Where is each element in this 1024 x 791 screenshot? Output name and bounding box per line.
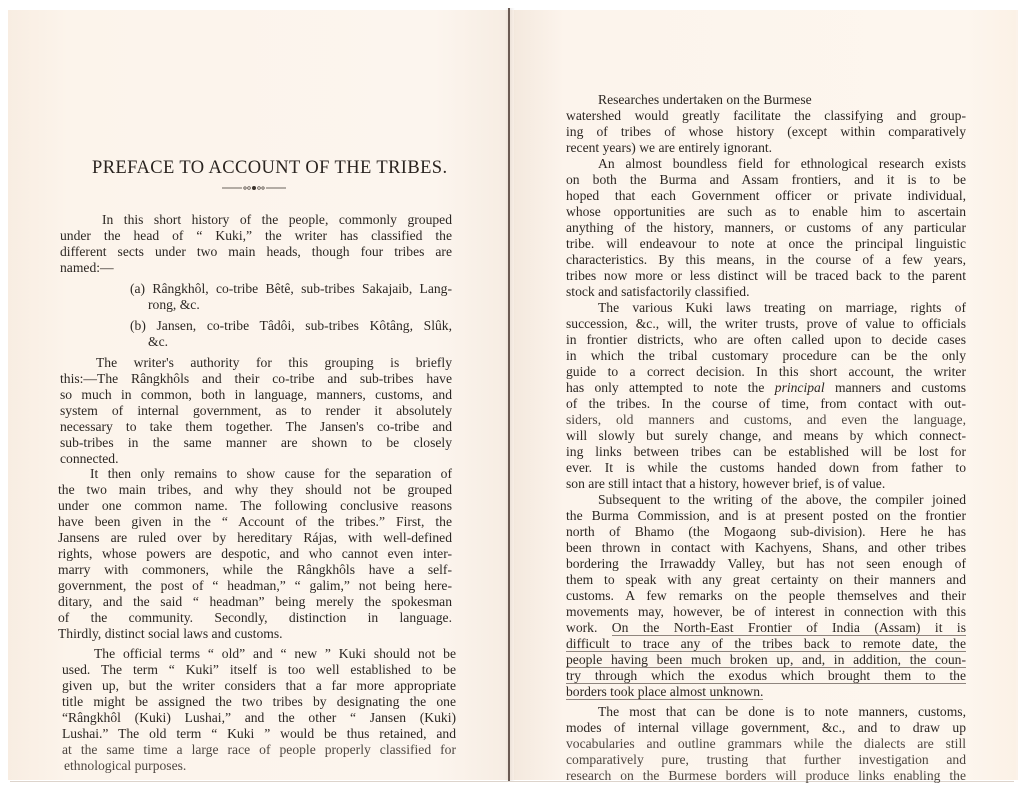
text: (a) Rângkhôl, co-tribe Bêtê, sub-tribes …	[130, 281, 452, 296]
paragraph-line: tribes now more or less distinct will be…	[566, 268, 966, 284]
paragraph-line: the Burma Commission, and is at present …	[566, 508, 966, 524]
paragraph-line: It then only remains to show cause for t…	[90, 466, 452, 482]
paragraph-line: anything of the history, manners, or cus…	[566, 220, 966, 236]
text: named:—	[60, 260, 114, 275]
paragraph-line: different sects under two main heads, th…	[60, 244, 452, 260]
text: difficult to trace any of the tribes bac…	[566, 636, 966, 652]
text: son are still intact that a history, how…	[566, 476, 885, 491]
underlined-line: people having been much broken up, and, …	[566, 652, 966, 668]
paragraph-line: In this short history of the people, com…	[102, 212, 452, 228]
text: &c.	[148, 334, 168, 349]
text: The most that can be done is to note man…	[598, 704, 966, 719]
paragraph-line: in which the tribal customary procedure …	[566, 348, 966, 364]
text: necessary to take them together. The Jan…	[60, 419, 452, 434]
text: rights, whose powers are despotic, and w…	[58, 546, 452, 561]
paragraph-line: Researches undertaken on the Burmese	[598, 92, 978, 108]
paragraph-line: stock and satisfactorily classified.	[566, 284, 966, 300]
text: comparatively pure, trusting that furthe…	[566, 752, 966, 767]
text: ditary, and the said “ headman” being me…	[58, 594, 452, 609]
text: Jansens are ruled over by hereditary Ráj…	[58, 530, 452, 545]
ornament-rule-icon	[222, 185, 286, 191]
paragraph-line: government, the post of “ headman,” “ ga…	[58, 578, 452, 594]
paragraph-line: Subsequent to the writing of the above, …	[598, 492, 966, 508]
paragraph-line: Thirdly, distinct social laws and custom…	[58, 626, 452, 642]
text: Subsequent to the writing of the above, …	[598, 492, 966, 507]
text: the two main tribes, and why they should…	[58, 482, 452, 497]
list-item-b: (b) Jansen, co-tribe Tâdôi, sub-tribes K…	[130, 318, 452, 334]
text: The various Kuki laws treating on marria…	[598, 300, 966, 315]
text: been thrown in contact with Kachyens, Sh…	[566, 540, 966, 555]
text: the Burma Commission, and is at present …	[566, 508, 966, 523]
paragraph-line: under the head of “ Kuki,” the writer ha…	[60, 228, 452, 244]
paragraph-line: of the community. Secondly, distinction …	[58, 610, 452, 626]
paragraph-line: siders, old manners and customs, and eve…	[566, 412, 966, 428]
paragraph-line: The writer's authority for this grouping…	[96, 355, 452, 371]
text: government, the post of “ headman,” “ ga…	[58, 578, 452, 593]
paragraph-line: comparatively pure, trusting that furthe…	[566, 752, 966, 768]
text: ever. It is while the customs handed dow…	[566, 460, 966, 475]
paragraph-line: The most that can be done is to note man…	[598, 704, 966, 720]
text: at the same time a large race of people …	[62, 742, 456, 757]
paragraph-line: been thrown in contact with Kachyens, Sh…	[566, 540, 966, 556]
text: customs. A few remarks on the people the…	[566, 588, 966, 603]
paragraph-line: rights, whose powers are despotic, and w…	[58, 546, 452, 562]
text: “Rângkhôl (Kuki) Lushai,” and the other …	[62, 710, 456, 725]
text: stock and satisfactorily classified.	[566, 284, 749, 299]
emphasis-principal: principal	[775, 380, 825, 395]
text: tribes now more or less distinct will be…	[566, 268, 966, 283]
text: people having been much broken up, and, …	[566, 652, 966, 668]
paragraph-line: work. On the North-East Frontier of Indi…	[566, 620, 966, 636]
underlined-line: try through which the exodus which broug…	[566, 668, 966, 684]
text: vocabularies and outline grammars while …	[566, 736, 966, 751]
paragraph-line: system of internal government, as to ren…	[60, 403, 452, 419]
paragraph-line: An almost boundless field for ethnologic…	[598, 156, 966, 172]
underlined-line: borders took place almost unknown.	[566, 684, 966, 700]
text: The official terms “ old” and “ new ” Ku…	[94, 646, 456, 661]
paragraph-line: north of Bhamo (the Mogaong sub-division…	[566, 524, 966, 540]
text: has only attempted to note the	[566, 380, 775, 395]
text: anything of the history, manners, or cus…	[566, 220, 966, 235]
text: recent years) we are entirely ignorant.	[566, 140, 772, 155]
text: try through which the exodus which broug…	[566, 668, 966, 684]
text: In this short history of the people, com…	[102, 212, 452, 227]
paragraph-line: necessary to take them together. The Jan…	[60, 419, 452, 435]
paragraph-line: ditary, and the said “ headman” being me…	[58, 594, 452, 610]
text: of the community. Secondly, distinction …	[58, 610, 452, 625]
text: (b) Jansen, co-tribe Tâdôi, sub-tribes K…	[130, 318, 452, 333]
text: succession, &c., will, the writer trusts…	[566, 316, 966, 331]
text: used. The term “ Kuki” itself is too wel…	[62, 662, 456, 677]
list-item-b-cont: &c.	[148, 334, 448, 350]
paragraph-line: characteristics. By this means, in the c…	[566, 252, 966, 268]
text: north of Bhamo (the Mogaong sub-division…	[566, 524, 966, 539]
text: so much in common, both in language, man…	[60, 387, 452, 402]
text: borders took place almost unknown.	[566, 684, 763, 700]
text: movements may, however, be of interest i…	[566, 604, 966, 619]
paragraph-line: vocabularies and outline grammars while …	[566, 736, 966, 752]
text: connected.	[60, 451, 119, 466]
paragraph-line: bordering the Irrawaddy Valley, but has …	[566, 556, 966, 572]
text: given up, but the writer considers that …	[62, 678, 456, 693]
text: It then only remains to show cause for t…	[90, 466, 452, 481]
text: in frontier districts, who are often cal…	[566, 332, 966, 347]
paragraph-line: tribe. will endeavour to note at once th…	[566, 236, 966, 252]
paragraph-line: recent years) we are entirely ignorant.	[566, 140, 966, 156]
text: ing of tribes of whose history (except w…	[566, 124, 966, 139]
text: system of internal government, as to ren…	[60, 403, 452, 418]
paragraph-line: customs. A few remarks on the people the…	[566, 588, 966, 604]
paragraph-line: Jansens are ruled over by hereditary Ráj…	[58, 530, 452, 546]
paragraph-line: has only attempted to note the principal…	[566, 380, 966, 396]
paragraph-line: so much in common, both in language, man…	[60, 387, 452, 403]
text: rong, &c.	[148, 297, 200, 312]
underlined-passage: On the North-East Frontier of India (Ass…	[612, 620, 966, 636]
paragraph-line: title might be assigned the two tribes b…	[62, 694, 456, 710]
paragraph-line: guide to a correct decision. In this sho…	[566, 364, 966, 380]
page-title: PREFACE TO ACCOUNT OF THE TRIBES.	[92, 158, 472, 179]
paragraph-line: ever. It is while the customs handed dow…	[566, 460, 966, 476]
text: under the head of “ Kuki,” the writer ha…	[60, 228, 452, 243]
paragraph-line: them to speak with any great certainty o…	[566, 572, 966, 588]
text: characteristics. By this means, in the c…	[566, 252, 966, 267]
text: under one common name. The following con…	[58, 498, 452, 513]
paragraph-line: modes of internal village government, &c…	[566, 720, 966, 736]
paragraph-line: at the same time a large race of people …	[62, 742, 456, 758]
text: hoped that each Government officer or pr…	[566, 188, 966, 203]
text: guide to a correct decision. In this sho…	[566, 364, 966, 379]
paragraph-line: son are still intact that a history, how…	[566, 476, 966, 492]
text: on both the Burma and Assam frontiers, a…	[566, 172, 966, 187]
text: Researches undertaken on the Burmese	[598, 92, 812, 107]
paragraph-line: in frontier districts, who are often cal…	[566, 332, 966, 348]
text: work.	[566, 620, 612, 635]
paragraph-line: will slowly but surely change, and means…	[566, 428, 966, 444]
paragraph-line: marry with commoners, while the Rângkhôl…	[58, 562, 452, 578]
text: Thirdly, distinct social laws and custom…	[58, 626, 283, 641]
underlined-line: difficult to trace any of the tribes bac…	[566, 636, 966, 652]
text: watershed would greatly facilitate the c…	[566, 108, 966, 123]
paragraph-line: hoped that each Government officer or pr…	[566, 188, 966, 204]
text: in which the tribal customary procedure …	[566, 348, 966, 363]
gutter-shadow	[505, 8, 515, 782]
paragraph-line: whose opportunities are such as to enabl…	[566, 204, 966, 220]
text: ing links between tribes can be establis…	[566, 444, 966, 459]
paragraph-line: sub-tribes in the same manner are shown …	[60, 435, 452, 451]
text: this:—The Rângkhôls and their co-tribe a…	[60, 371, 452, 386]
paragraph-line: The various Kuki laws treating on marria…	[598, 300, 966, 316]
paragraph-line: ethnological purposes.	[64, 758, 458, 774]
paragraph-line: named:—	[60, 260, 452, 276]
paragraph-line: succession, &c., will, the writer trusts…	[566, 316, 966, 332]
paragraph-line: under one common name. The following con…	[58, 498, 452, 514]
text: them to speak with any great certainty o…	[566, 572, 966, 587]
text: will slowly but surely change, and means…	[566, 428, 966, 443]
text: Lushai.” The old term “ Kuki ” would be …	[62, 726, 456, 741]
paragraph-line: this:—The Rângkhôls and their co-tribe a…	[60, 371, 452, 387]
text: of the tribes. In the course of time, fr…	[566, 396, 966, 411]
text: sub-tribes in the same manner are shown …	[60, 435, 452, 450]
paragraph-line: movements may, however, be of interest i…	[566, 604, 966, 620]
paragraph-line: connected.	[60, 451, 452, 467]
paragraph-line: The official terms “ old” and “ new ” Ku…	[94, 646, 456, 662]
paragraph-line: used. The term “ Kuki” itself is too wel…	[62, 662, 456, 678]
text: modes of internal village government, &c…	[566, 720, 966, 735]
paragraph-line: the two main tribes, and why they should…	[58, 482, 452, 498]
paragraph-line: ing of tribes of whose history (except w…	[566, 124, 966, 140]
list-item-a: (a) Rângkhôl, co-tribe Bêtê, sub-tribes …	[130, 281, 452, 297]
paragraph-line: on both the Burma and Assam frontiers, a…	[566, 172, 966, 188]
text: tribe. will endeavour to note at once th…	[566, 236, 966, 251]
paragraph-line: watershed would greatly facilitate the c…	[566, 108, 966, 124]
text: have been given in the “ Account of the …	[58, 514, 452, 529]
text: whose opportunities are such as to enabl…	[566, 204, 966, 219]
text: siders, old manners and customs, and eve…	[566, 412, 966, 427]
paragraph-line: have been given in the “ Account of the …	[58, 514, 452, 530]
paragraph-line: research on the Burmese borders will pro…	[566, 768, 966, 784]
text: research on the Burmese borders will pro…	[566, 768, 966, 783]
paragraph-line: “Rângkhôl (Kuki) Lushai,” and the other …	[62, 710, 456, 726]
text: An almost boundless field for ethnologic…	[598, 156, 966, 171]
book-gutter	[508, 8, 510, 782]
text: different sects under two main heads, th…	[60, 244, 452, 259]
text: bordering the Irrawaddy Valley, but has …	[566, 556, 966, 571]
text: marry with commoners, while the Rângkhôl…	[58, 562, 452, 577]
list-item-a-cont: rong, &c.	[148, 297, 448, 313]
paragraph-line: Lushai.” The old term “ Kuki ” would be …	[62, 726, 456, 742]
paragraph-line: given up, but the writer considers that …	[62, 678, 456, 694]
text: manners and customs	[825, 380, 966, 395]
text: ethnological purposes.	[64, 758, 186, 773]
text: The writer's authority for this grouping…	[96, 355, 452, 370]
paragraph-line: ing links between tribes can be establis…	[566, 444, 966, 460]
text: title might be assigned the two tribes b…	[62, 694, 456, 709]
paragraph-line: of the tribes. In the course of time, fr…	[566, 396, 966, 412]
